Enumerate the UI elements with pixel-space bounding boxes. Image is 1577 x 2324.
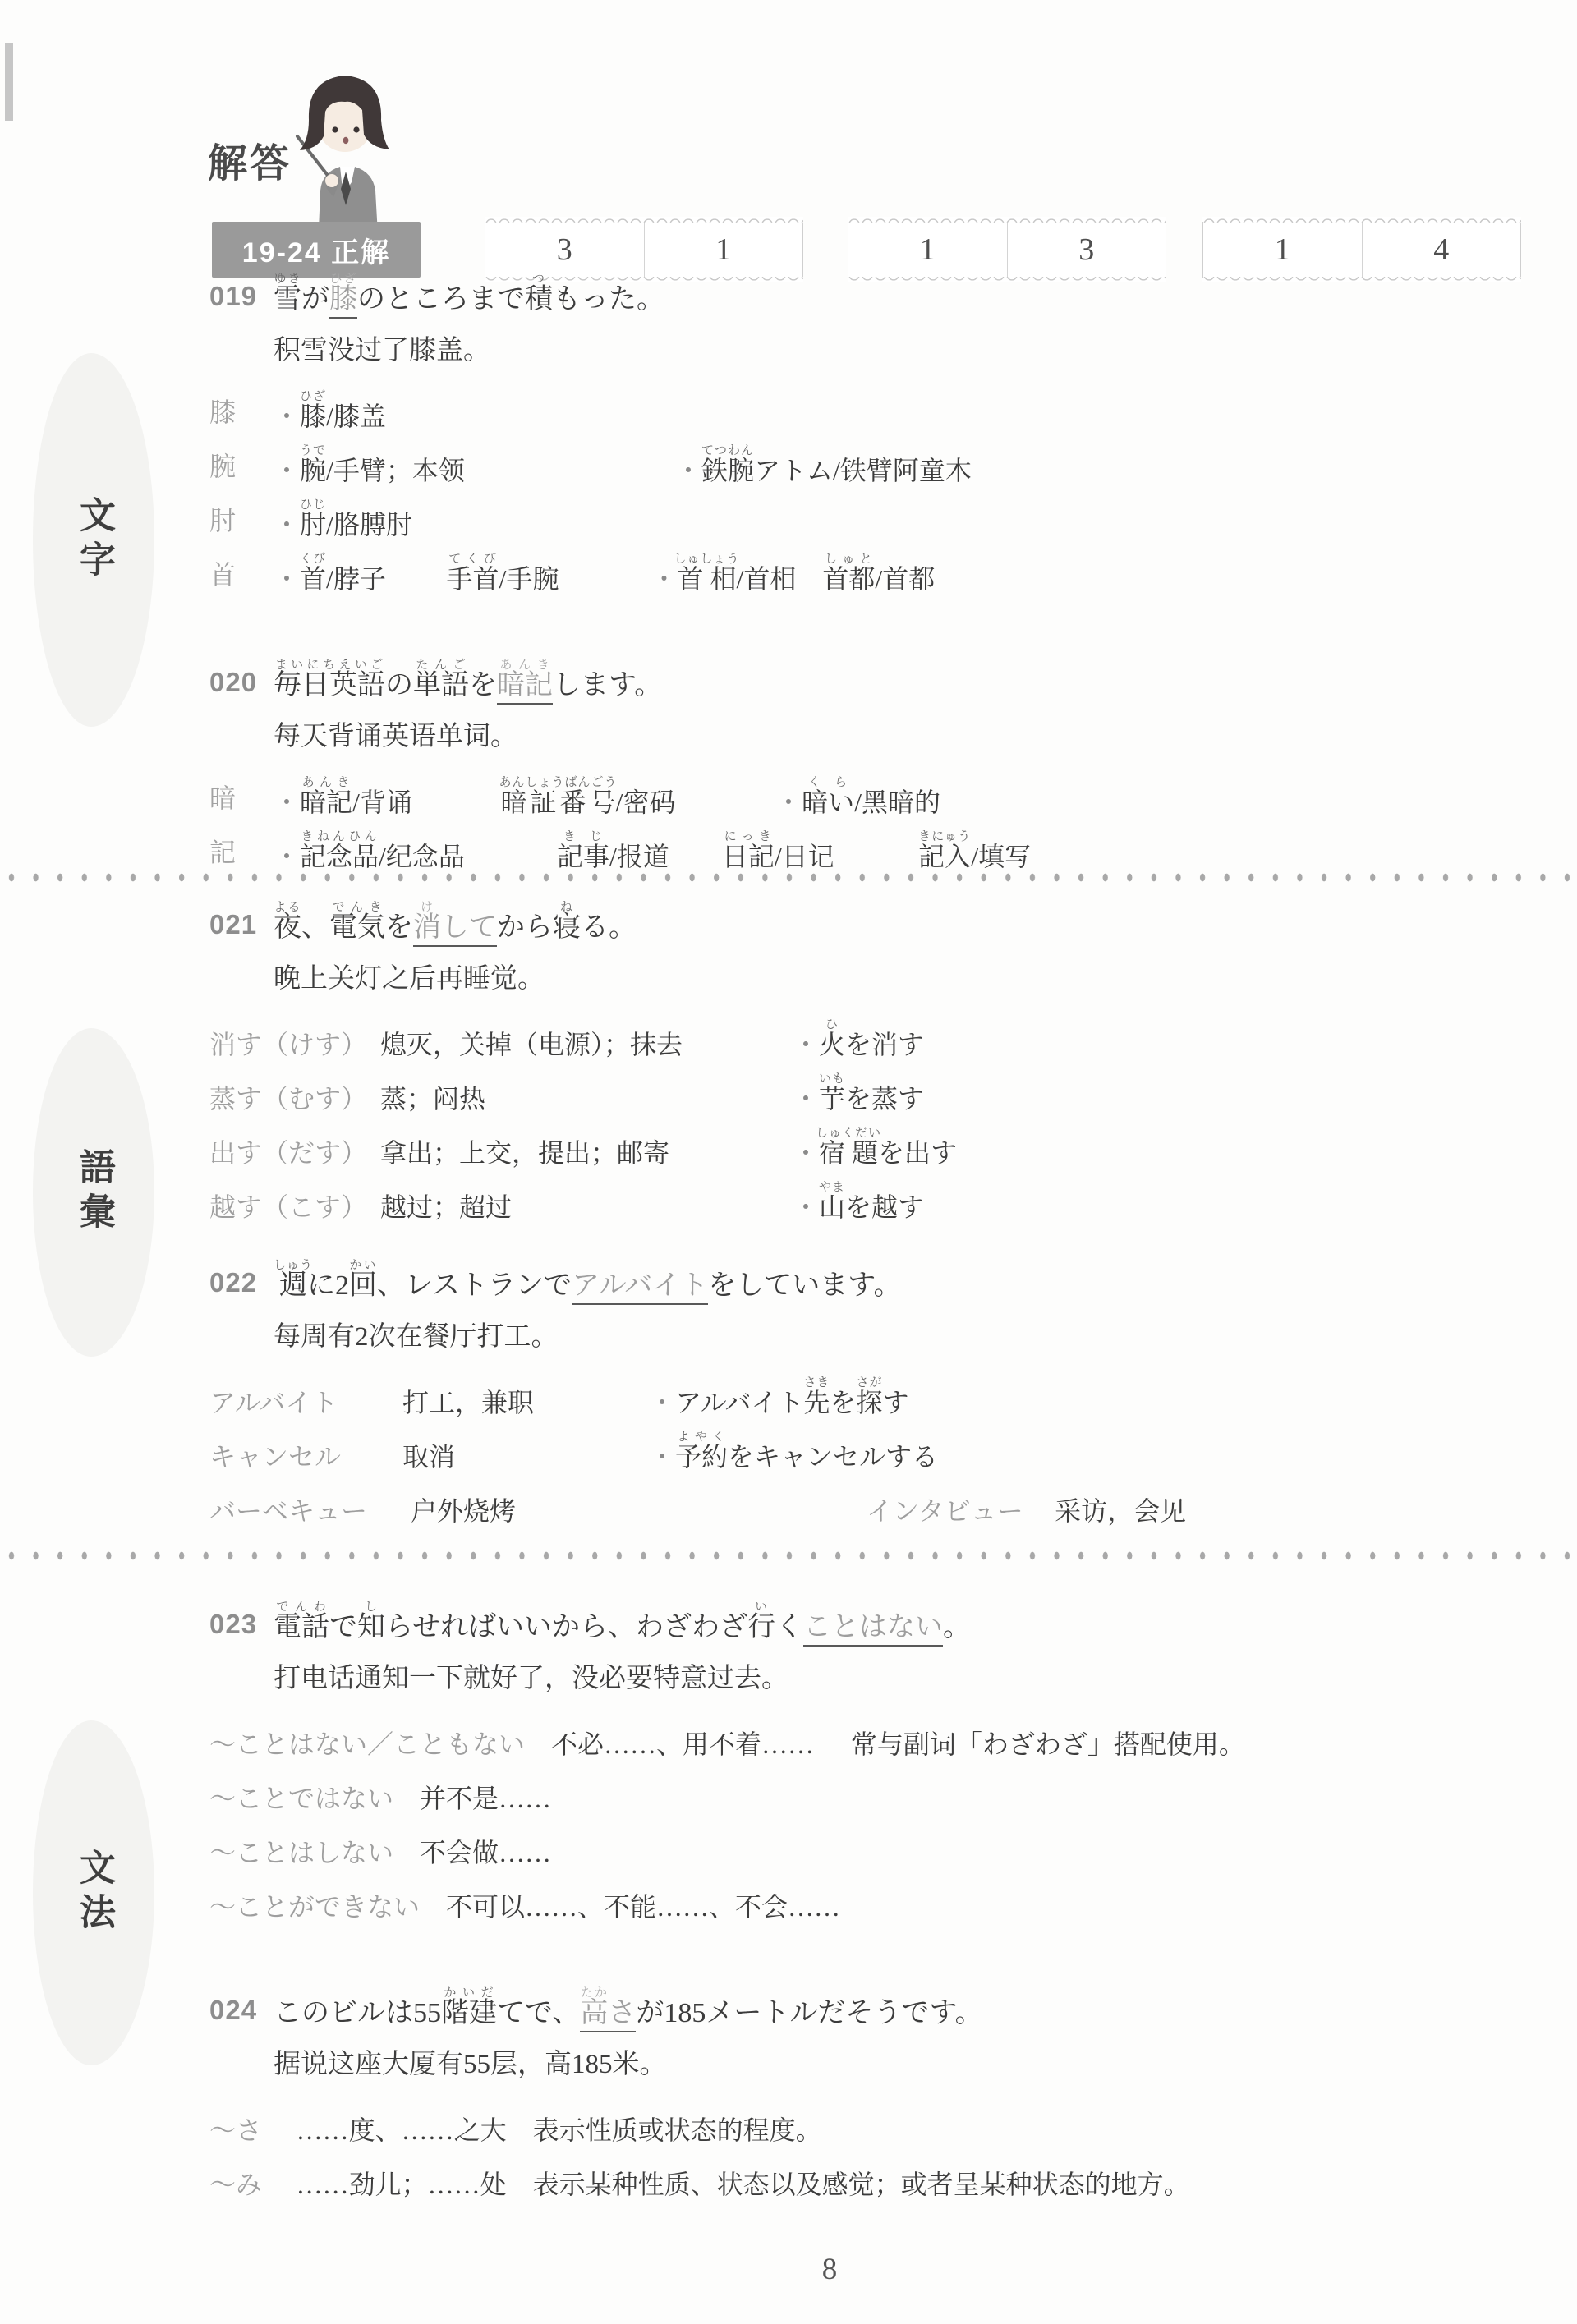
question-translation: 每天背诵英语单词。 — [209, 714, 1540, 753]
ruby-word: 積つ — [525, 284, 553, 315]
text-segment: ・ — [274, 788, 300, 817]
vocab-content: ～ことはしない不会做…… — [209, 1837, 1540, 1869]
text-segment: を蒸す — [845, 1084, 924, 1114]
ruby-word: 予約よやく — [675, 1442, 728, 1472]
text-segment: 蒸す（むす） — [209, 1084, 367, 1114]
text-segment: ・ — [649, 1442, 675, 1472]
ruby-word: 電話でんわ — [274, 1612, 329, 1642]
text-segment: の — [385, 670, 413, 700]
ruby-word: 日記にっき — [722, 842, 775, 871]
text-segment: る。 — [581, 912, 637, 943]
ruby-word: 膝ひざ — [300, 402, 326, 431]
text-segment: /脖子 — [326, 564, 386, 594]
sentence-text: 雪ゆきが膝ひざのところまで積つもった。 — [274, 273, 1540, 316]
text-segment: が — [301, 284, 329, 315]
text-segment: 。 — [943, 1612, 971, 1642]
side-tab-label: 語彙 — [67, 1148, 120, 1237]
text-segment: 不必……、用不着…… — [551, 1729, 814, 1759]
vocab-content: ～ことができない不可以……、不能……、不会…… — [209, 1891, 1540, 1923]
text-segment: アルバイト — [572, 1270, 708, 1305]
question-number: 022 — [209, 1267, 274, 1302]
text-segment: 出す（だす） — [209, 1138, 367, 1168]
text-segment: 、レストランで — [377, 1270, 572, 1301]
ruby-word: 膝ひざ — [329, 284, 357, 319]
text-segment: に2 — [307, 1270, 349, 1301]
vocab-column: 出す（だす）拿出；上交，提出；邮寄 — [209, 1137, 793, 1169]
vocab-row: 暗・暗記あんき/背诵暗証番号あんしょうばんごう/密码・暗いくら/黑暗的 — [209, 769, 1540, 820]
translation-text: 每天背诵英语单词。 — [274, 720, 1540, 753]
vocab-headword: 肘 — [209, 500, 274, 541]
text-segment: /填写 — [971, 842, 1031, 871]
vocab-column: 打工，兼职 — [402, 1387, 649, 1419]
text-segment: /首都 — [875, 564, 935, 594]
vocab-row: 越す（こす）越过；超过・山やまを越す — [209, 1174, 1540, 1225]
vocab-content: 消す（けす）熄灭，关掉（电源）；抹去・火ひを消す — [209, 1018, 1540, 1061]
text-segment: をキャンセルする — [728, 1442, 938, 1472]
wavy-border-top — [485, 217, 803, 223]
ruby-word: 記事きじ — [557, 842, 609, 871]
vocab-content: アルバイト打工，兼职・アルバイト先さきを探さがす — [209, 1376, 1540, 1419]
question-sentence: 019雪ゆきが膝ひざのところまで積つもった。 — [209, 265, 1540, 316]
ruby-word: 高たか — [580, 1998, 608, 2032]
translation-text: 积雪没过了膝盖。 — [274, 334, 1540, 367]
vocab-row: キャンセル取消・予約よやくをキャンセルする — [209, 1424, 1540, 1475]
ruby-word: 先さき — [804, 1388, 830, 1417]
side-tab-vocabulary: 語彙 — [33, 1028, 154, 1357]
sentence-text: 夜よる、電気でんきを消けしてから寝ねる。 — [274, 901, 1540, 944]
wavy-border-top — [1202, 217, 1521, 223]
ruby-word: 暗証番号あんしょうばんごう — [499, 788, 616, 817]
ruby-word: 回かい — [349, 1270, 377, 1301]
text-segment: して — [441, 912, 497, 947]
vocab-row: 出す（だす）拿出；上交，提出；邮寄・宿題しゅくだいを出す — [209, 1120, 1540, 1171]
side-tab-label: 文字 — [67, 496, 120, 585]
text-segment: 采访，会见 — [1055, 1496, 1186, 1526]
page-number: 8 — [780, 2252, 879, 2287]
vocab-content: 蒸す（むす）蒸；闷热・芋いもを蒸す — [209, 1072, 1540, 1115]
text-segment: 取消 — [402, 1442, 455, 1472]
vocab-content: ・記念品きねんひん/纪念品記事きじ/报道日記にっき/日记記入きにゅう/填写 — [274, 830, 1540, 873]
text-segment: てで、 — [497, 1998, 580, 2028]
vocab-row: 腕・腕うで/手臂；本领・鉄腕てつわんアトム/铁臂阿童木 — [209, 438, 1540, 489]
vocab-row: 記・記念品きねんひん/纪念品記事きじ/报道日記にっき/日记記入きにゅう/填写 — [209, 824, 1540, 875]
ruby-word: 暗記あんき — [497, 670, 553, 705]
ruby-word: 宿題しゅくだい — [819, 1138, 878, 1168]
vocab-row: バーベキュー户外烧烤インタビュー采访，会见 — [209, 1478, 1540, 1529]
text-segment: 越す（こす） — [209, 1192, 367, 1222]
question-022: 022週しゅうに2回かい、レストランでアルバイトをしています。每周有2次在餐厅打… — [209, 1252, 1540, 1529]
vocab-column: インタビュー采访，会见 — [867, 1495, 1186, 1527]
vocab-headword: 暗 — [209, 778, 274, 819]
text-segment: をしています。 — [708, 1270, 901, 1301]
vocab-row: ～ことができない不可以……、不能……、不会…… — [209, 1874, 1540, 1925]
text-segment: ・ — [274, 510, 300, 540]
scan-artifact — [5, 43, 13, 121]
side-tab-label: 文法 — [67, 1849, 120, 1937]
vocab-row: アルバイト打工，兼职・アルバイト先さきを探さがす — [209, 1370, 1540, 1421]
question-translation: 据说这座大厦有55层，高185米。 — [209, 2042, 1540, 2081]
text-segment: /胳膊肘 — [326, 510, 412, 540]
vocab-column: ・芋いもを蒸す — [793, 1072, 924, 1115]
text-segment: インタビュー — [867, 1496, 1023, 1526]
vocab-content: ・暗記あんき/背诵暗証番号あんしょうばんごう/密码・暗いくら/黑暗的 — [274, 776, 1540, 819]
question-sentence: 022週しゅうに2回かい、レストランでアルバイトをしています。 — [209, 1252, 1540, 1302]
vocab-column: ・宿題しゅくだいを出す — [793, 1127, 957, 1169]
text-segment: を — [469, 670, 497, 700]
vocab-column: 户外烧烤 — [411, 1495, 867, 1527]
text-segment: /纪念品 — [379, 842, 465, 871]
questions: 019雪ゆきが膝ひざのところまで積つもった。积雪没过了膝盖。膝・膝ひざ/膝盖腕・… — [209, 265, 1540, 2206]
sentence-text: 毎日英語まいにちえいごの単語たんごを暗記あんきします。 — [274, 659, 1540, 702]
vocab-headword: 腕 — [209, 446, 274, 487]
vocab-column: 蒸す（むす）蒸；闷热 — [209, 1083, 793, 1115]
text-segment: アルバイト — [209, 1388, 338, 1417]
text-segment: 打工，兼职 — [402, 1388, 534, 1417]
text-segment: ……度、……之大 — [297, 2115, 507, 2145]
ruby-word: 寝ね — [553, 912, 581, 943]
ruby-word: 記入きにゅう — [918, 842, 971, 871]
vocab-content: キャンセル取消・予約よやくをキャンセルする — [209, 1431, 1540, 1473]
text-segment: 不会做…… — [420, 1838, 551, 1867]
vocab-column: ・予約よやくをキャンセルする — [649, 1431, 938, 1473]
question-number: 021 — [209, 909, 274, 944]
vocab-content: 出す（だす）拿出；上交，提出；邮寄・宿題しゅくだいを出す — [209, 1127, 1540, 1169]
question-024: 024このビルは55階建かいだてで、高たかさが185メートルだそうです。据说这座… — [209, 1979, 1540, 2202]
text-segment: /报道 — [609, 842, 669, 871]
ruby-word: 消け — [413, 912, 441, 947]
text-segment: 拿出；上交，提出；邮寄 — [380, 1138, 669, 1168]
vocab-row: ～ことはしない不会做…… — [209, 1820, 1540, 1871]
text-segment: 并不是…… — [420, 1784, 551, 1813]
vocab-column: 取消 — [402, 1441, 649, 1473]
ruby-word: 首相しゅしょう — [677, 564, 736, 594]
vocab-content: ～さ……度、……之大表示性质或状态的程度。 — [209, 2115, 1540, 2147]
ruby-word: 記念品きねんひん — [300, 842, 379, 871]
ruby-word: 知し — [357, 1612, 385, 1642]
text-segment: 消す（けす） — [209, 1030, 367, 1059]
page-title: 解答 — [208, 131, 292, 188]
vocab-row: 肘・肘ひじ/胳膊肘 — [209, 492, 1540, 543]
text-segment: ・ — [274, 402, 300, 431]
vocab-row: 蒸す（むす）蒸；闷热・芋いもを蒸す — [209, 1066, 1540, 1117]
ruby-word: 芋いも — [819, 1084, 845, 1114]
vocab-content: ・腕うで/手臂；本领・鉄腕てつわんアトム/铁臂阿童木 — [274, 444, 1540, 487]
vocab-content: ・首くび/脖子手首てくび/手腕・首相しゅしょう/首相首都しゅと/首都 — [274, 553, 1540, 595]
ruby-word: 腕うで — [300, 456, 326, 485]
vocab-column: キャンセル — [209, 1441, 402, 1473]
ruby-word: 鉄腕てつわん — [701, 456, 754, 485]
text-segment: ～ことではない — [209, 1784, 393, 1813]
ruby-word: 行い — [747, 1612, 775, 1642]
text-segment: バーベキュー — [209, 1496, 367, 1526]
ruby-word: 火ひ — [819, 1030, 845, 1059]
text-segment: キャンセル — [209, 1442, 341, 1472]
sentence-text: このビルは55階建かいだてで、高たかさが185メートルだそうです。 — [274, 1986, 1540, 2030]
text-segment: 蒸；闷热 — [380, 1084, 485, 1114]
text-segment: 表示某种性质、状态以及感觉；或者呈某种状态的地方。 — [533, 2170, 1190, 2199]
text-segment: ・ — [775, 788, 802, 817]
ruby-word: 週しゅう — [274, 1270, 307, 1301]
vocab-row: ～み……劲儿；……处表示某种性质、状态以及感觉；或者呈某种状态的地方。 — [209, 2152, 1540, 2202]
text-segment: 越过；超过 — [380, 1192, 512, 1222]
text-segment: もった。 — [553, 284, 664, 315]
question-020: 020毎日英語まいにちえいごの単語たんごを暗記あんきします。每天背诵英语单词。暗… — [209, 651, 1540, 875]
question-translation: 打电话通知一下就好了，没必要特意过去。 — [209, 1656, 1540, 1695]
text-segment: ・ — [793, 1192, 819, 1222]
text-segment: を — [385, 912, 413, 943]
vocab-row: ～ことではない并不是…… — [209, 1766, 1540, 1816]
text-segment: から — [497, 912, 553, 943]
ruby-word: 雪ゆき — [274, 284, 301, 315]
text-segment: らせればいいから、わざわざ — [385, 1612, 747, 1642]
vocab-column: ・火ひを消す — [793, 1018, 924, 1061]
text-segment: ～ことはない／こともない — [209, 1729, 525, 1759]
question-sentence: 020毎日英語まいにちえいごの単語たんごを暗記あんきします。 — [209, 651, 1540, 702]
text-segment: のところまで — [357, 284, 525, 315]
ruby-word: 階建かいだ — [441, 1998, 497, 2028]
text-segment: を出す — [878, 1138, 957, 1168]
text-segment: ・ — [793, 1030, 819, 1059]
text-segment: 熄灭，关掉（电源）；抹去 — [380, 1030, 683, 1059]
text-segment: 、 — [301, 912, 329, 943]
text-segment: を — [830, 1388, 857, 1417]
vocab-content: ～ことではない并不是…… — [209, 1783, 1540, 1815]
text-segment: 常与副词「わざわざ」搭配使用。 — [851, 1729, 1245, 1759]
question-021: 021夜よる、電気でんきを消けしてから寝ねる。晚上关灯之后再睡觉。消す（けす）熄… — [209, 893, 1540, 1225]
vocab-content: ・肘ひじ/胳膊肘 — [274, 498, 1540, 541]
vocab-row: 消す（けす）熄灭，关掉（电源）；抹去・火ひを消す — [209, 1012, 1540, 1063]
side-tab-grammar: 文法 — [33, 1720, 154, 2065]
text-segment: ～ことができない — [209, 1892, 420, 1922]
vocab-column: 消す（けす）熄灭，关掉（电源）；抹去 — [209, 1029, 793, 1061]
question-translation: 晚上关灯之后再睡觉。 — [209, 956, 1540, 995]
vocab-headword: 首 — [209, 554, 274, 595]
ruby-word: 毎日英語まいにちえいご — [274, 670, 385, 700]
vocab-column: アルバイト — [209, 1387, 402, 1419]
text-segment: ～み — [209, 2170, 262, 2199]
ruby-word: 暗記あんき — [300, 788, 352, 817]
vocab-headword: 記 — [209, 832, 274, 873]
vocab-column: ・山やまを越す — [793, 1181, 924, 1224]
text-segment: で — [329, 1612, 357, 1642]
text-segment: /手臂；本领 — [326, 456, 465, 485]
text-segment: 不可以……、不能……、不会…… — [446, 1892, 840, 1922]
text-segment: ・ — [274, 564, 300, 594]
text-segment: します。 — [553, 670, 662, 700]
question-translation: 每周有2次在餐厅打工。 — [209, 1314, 1540, 1353]
vocab-row: 首・首くび/脖子手首てくび/手腕・首相しゅしょう/首相首都しゅと/首都 — [209, 546, 1540, 597]
text-segment: ことはない — [803, 1612, 943, 1647]
translation-text: 据说这座大厦有55层，高185米。 — [274, 2048, 1540, 2081]
translation-text: 每周有2次在餐厅打工。 — [274, 1320, 1540, 1353]
ruby-word: 首くび — [300, 564, 326, 594]
text-segment: ・ — [274, 842, 300, 871]
text-segment: /膝盖 — [326, 402, 386, 431]
ruby-word: 山やま — [819, 1192, 845, 1222]
wavy-border-top — [848, 217, 1166, 223]
text-segment: /日记 — [775, 842, 834, 871]
text-segment: /首相 — [736, 564, 796, 594]
text-segment: /黑暗的 — [854, 788, 940, 817]
vocab-column: ・アルバイト先さきを探さがす — [649, 1376, 909, 1419]
question-number: 023 — [209, 1609, 274, 1644]
text-segment: ……劲儿；……处 — [297, 2170, 507, 2199]
text-segment: ・ — [274, 456, 300, 485]
text-segment: このビルは55 — [274, 1998, 441, 2028]
vocab-content: バーベキュー户外烧烤インタビュー采访，会见 — [209, 1495, 1540, 1527]
question-sentence: 023電話でんわで知しらせればいいから、わざわざ行いくことはない。 — [209, 1593, 1540, 1644]
vocab-column: 越す（こす）越过；超过 — [209, 1192, 793, 1224]
text-segment: アトム/铁臂阿童木 — [754, 456, 972, 485]
text-segment: ・ — [675, 456, 701, 485]
vocab-content: ・膝ひざ/膝盖 — [274, 390, 1540, 433]
ruby-word: 電気でんき — [329, 912, 385, 943]
text-segment: を越す — [845, 1192, 924, 1222]
translation-text: 打电话通知一下就好了，没必要特意过去。 — [274, 1662, 1540, 1695]
question-019: 019雪ゆきが膝ひざのところまで積つもった。积雪没过了膝盖。膝・膝ひざ/膝盖腕・… — [209, 265, 1540, 597]
text-segment: を消す — [845, 1030, 924, 1059]
sentence-text: 電話でんわで知しらせればいいから、わざわざ行いくことはない。 — [274, 1601, 1540, 1644]
question-sentence: 021夜よる、電気でんきを消けしてから寝ねる。 — [209, 893, 1540, 944]
text-segment: アルバイト — [675, 1388, 803, 1417]
ruby-word: 単語たんご — [413, 670, 469, 700]
ruby-word: 夜よる — [274, 912, 301, 943]
translation-text: 晚上关灯之后再睡觉。 — [274, 962, 1540, 995]
question-sentence: 024このビルは55階建かいだてで、高たかさが185メートルだそうです。 — [209, 1979, 1540, 2030]
text-segment: ・ — [793, 1084, 819, 1114]
sentence-text: 週しゅうに2回かい、レストランでアルバイトをしています。 — [274, 1259, 1540, 1302]
vocab-headword: 膝 — [209, 392, 274, 433]
side-tab-characters: 文字 — [33, 353, 154, 727]
vocab-row: ～ことはない／こともない不必……、用不着……常与副词「わざわざ」搭配使用。 — [209, 1711, 1540, 1762]
ruby-word: 肘ひじ — [300, 510, 326, 540]
vocab-column: バーベキュー — [209, 1495, 411, 1527]
vocab-content: ～ことはない／こともない不必……、用不着……常与副词「わざわざ」搭配使用。 — [209, 1729, 1540, 1761]
text-segment: ～ことはしない — [209, 1838, 393, 1867]
question-number: 020 — [209, 667, 274, 702]
question-translation: 积雪没过了膝盖。 — [209, 328, 1540, 367]
text-segment: す — [883, 1388, 909, 1417]
text-segment: く — [775, 1612, 803, 1642]
vocab-row: ～さ……度、……之大表示性质或状态的程度。 — [209, 2097, 1540, 2148]
ruby-word: 手首てくび — [447, 564, 499, 594]
question-number: 024 — [209, 1995, 274, 2030]
question-023: 023電話でんわで知しらせればいいから、わざわざ行いくことはない。打电话通知一下… — [209, 1593, 1540, 1925]
text-segment: /密码 — [616, 788, 676, 817]
text-segment: /背诵 — [352, 788, 412, 817]
question-number: 019 — [209, 281, 274, 316]
text-segment: さ — [608, 1998, 636, 2032]
text-segment: ～さ — [209, 2115, 262, 2145]
ruby-word: 探さが — [857, 1388, 883, 1417]
vocab-content: 越す（こす）越过；超过・山やまを越す — [209, 1181, 1540, 1224]
text-segment: が185メートルだそうです。 — [636, 1998, 982, 2028]
vocab-content: ～み……劲儿；……处表示某种性质、状态以及感觉；或者呈某种状态的地方。 — [209, 2169, 1540, 2201]
ruby-word: 首都しゅと — [822, 564, 875, 594]
vocab-row: 膝・膝ひざ/膝盖 — [209, 384, 1540, 434]
text-segment: /手腕 — [499, 564, 559, 594]
ruby-word: 暗いくら — [802, 788, 854, 817]
text-segment: 表示性质或状态的程度。 — [533, 2115, 822, 2145]
text-segment: 户外烧烤 — [411, 1496, 516, 1526]
text-segment: ・ — [649, 1388, 675, 1417]
